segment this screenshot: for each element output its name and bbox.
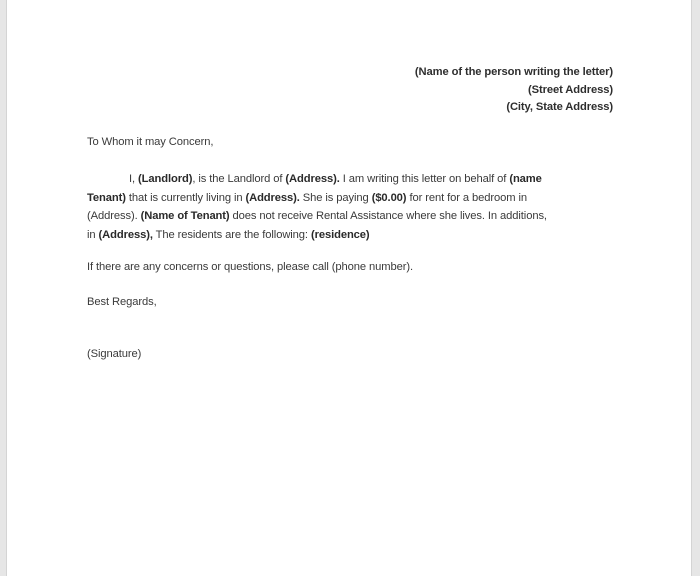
document-page: (Name of the person writing the letter) … <box>6 0 692 576</box>
body-text: I am writing this letter on behalf of <box>340 173 510 185</box>
signature-placeholder: (Signature) <box>87 348 141 360</box>
placeholder-field: ($0.00) <box>372 192 407 204</box>
document-viewport: (Name of the person writing the letter) … <box>0 0 700 576</box>
placeholder-field: (Address), <box>99 229 153 241</box>
body-text: (Address). <box>87 210 141 222</box>
closing: Best Regards, <box>87 296 157 308</box>
placeholder-field: (Address). <box>285 173 339 185</box>
body-text: that is currently living in <box>126 192 246 204</box>
salutation: To Whom it may Concern, <box>87 136 213 148</box>
body-text: , is the Landlord of <box>192 173 285 185</box>
letter-body-paragraph: I, (Landlord), is the Landlord of (Addre… <box>87 170 617 244</box>
body-text: The residents are the following: <box>153 229 311 241</box>
placeholder-field: (residence) <box>311 229 370 241</box>
body-line: Tenant) that is currently living in (Add… <box>87 189 617 208</box>
body-text: for rent for a bedroom in <box>406 192 527 204</box>
sender-city-state: (City, State Address) <box>415 99 613 117</box>
placeholder-field: (Landlord) <box>138 173 192 185</box>
body-text: does not receive Rental Assistance where… <box>230 210 547 222</box>
contact-line: If there are any concerns or questions, … <box>87 261 413 273</box>
body-line: I, (Landlord), is the Landlord of (Addre… <box>87 170 617 189</box>
placeholder-field: (Address). <box>245 192 299 204</box>
body-line: in (Address), The residents are the foll… <box>87 226 617 245</box>
body-text: I, <box>129 173 138 185</box>
sender-street-address: (Street Address) <box>415 82 613 100</box>
sender-block: (Name of the person writing the letter) … <box>415 64 613 117</box>
placeholder-field: (name <box>509 173 541 185</box>
body-line: (Address). (Name of Tenant) does not rec… <box>87 207 617 226</box>
body-text: in <box>87 229 99 241</box>
body-text: She is paying <box>300 192 372 204</box>
placeholder-field: Tenant) <box>87 192 126 204</box>
sender-name: (Name of the person writing the letter) <box>415 64 613 82</box>
placeholder-field: (Name of Tenant) <box>141 210 230 222</box>
